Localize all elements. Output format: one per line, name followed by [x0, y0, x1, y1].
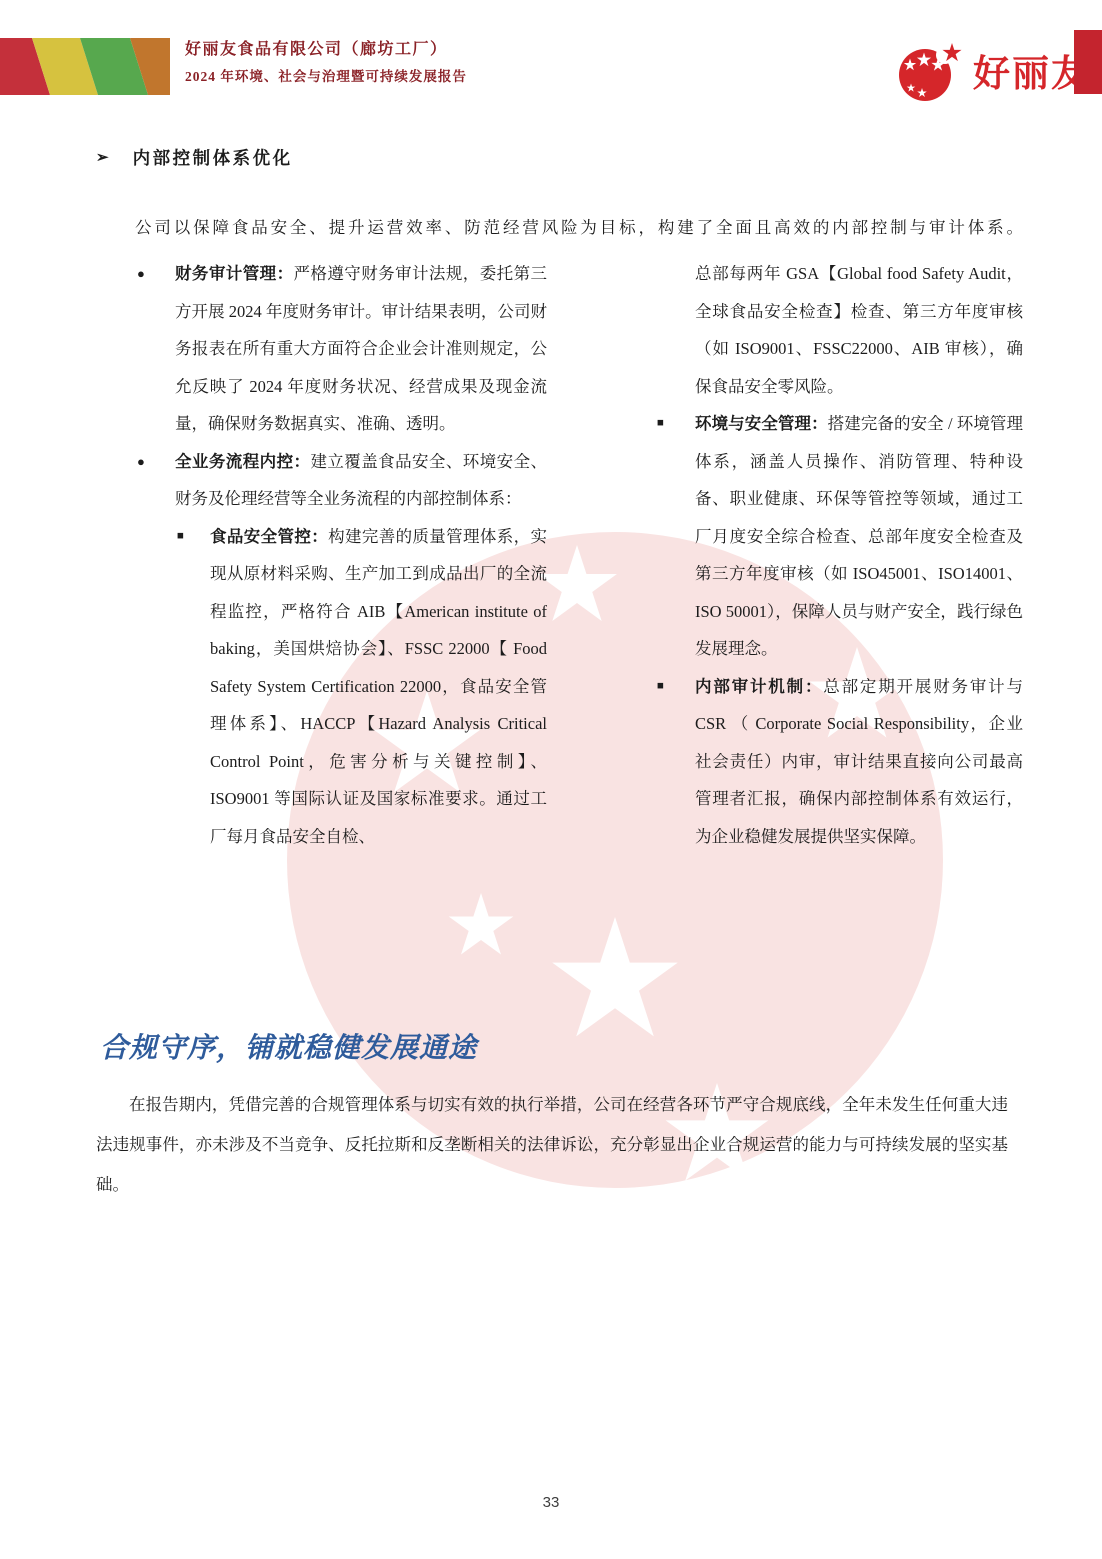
- right-column: 总部每两年 GSA【Global food Safety Audit，全球食品安…: [655, 255, 1023, 855]
- square-bullet-icon: ■: [657, 405, 664, 443]
- section1-title: 内部控制体系优化: [133, 146, 293, 170]
- logo-wordmark: 好丽友: [973, 55, 1090, 92]
- list-item: ● 全业务流程内控：建立覆盖食品安全、环境安全、财务及伦理经营等全业务流程的内部…: [135, 443, 547, 518]
- report-header: 好丽友食品有限公司（廊坊工厂） 2024 年环境、社会与治理暨可持续发展报告: [185, 36, 467, 85]
- circle-bullet-icon: ●: [137, 255, 145, 293]
- square-bullet-icon: ■: [177, 518, 184, 556]
- header-color-stripes: [0, 38, 170, 95]
- item-text: 构建完善的质量管理体系，实现从原材料采购、生产加工到成品出厂的全流程监控，严格符…: [210, 527, 547, 846]
- page-edge-bar: [1074, 30, 1102, 94]
- list-item: ● 财务审计管理：严格遵守财务审计法规，委托第三方开展 2024 年度财务审计。…: [135, 255, 547, 443]
- item-label: 环境与安全管理：: [695, 414, 828, 433]
- section2-body: 在报告期内，凭借完善的合规管理体系与切实有效的执行举措，公司在经营各环节严守合规…: [96, 1085, 1008, 1205]
- company-name: 好丽友食品有限公司（廊坊工厂）: [185, 36, 467, 59]
- list-item: ■ 环境与安全管理：搭建完备的安全 / 环境管理体系，涵盖人员操作、消防管理、特…: [655, 405, 1023, 668]
- section2-title: 合规守序，铺就稳健发展通途: [100, 1026, 477, 1066]
- list-item: ■ 食品安全管控：构建完善的质量管理体系，实现从原材料采购、生产加工到成品出厂的…: [135, 518, 547, 856]
- orion-logo: 好丽友: [897, 42, 1090, 104]
- orion-ball-icon: [897, 42, 965, 104]
- section1-intro: 公司以保障食品安全、提升运营效率、防范经营风险为目标，构建了全面且高效的内部控制…: [135, 213, 1023, 243]
- item-label: 财务审计管理：: [175, 264, 294, 283]
- item-label: 食品安全管控：: [210, 527, 328, 546]
- square-bullet-icon: ■: [657, 668, 664, 706]
- item-label: 内部审计机制：: [695, 677, 823, 696]
- left-column: ● 财务审计管理：严格遵守财务审计法规，委托第三方开展 2024 年度财务审计。…: [135, 255, 547, 855]
- arrow-bullet-icon: ➢: [96, 146, 109, 170]
- section1-heading: ➢ 内部控制体系优化: [96, 146, 293, 170]
- list-item: ■ 内部审计机制：总部定期开展财务审计与 CSR （ Corporate Soc…: [655, 668, 1023, 856]
- item-text: 严格遵守财务审计法规，委托第三方开展 2024 年度财务审计。审计结果表明，公司…: [175, 264, 547, 433]
- item-text: 搭建完备的安全 / 环境管理体系，涵盖人员操作、消防管理、特种设备、职业健康、环…: [695, 414, 1023, 658]
- list-item: 总部每两年 GSA【Global food Safety Audit，全球食品安…: [655, 255, 1023, 405]
- report-page: 好丽友食品有限公司（廊坊工厂） 2024 年环境、社会与治理暨可持续发展报告 好…: [0, 0, 1102, 1559]
- item-text: 总部每两年 GSA【Global food Safety Audit，全球食品安…: [695, 264, 1023, 396]
- report-title: 2024 年环境、社会与治理暨可持续发展报告: [185, 65, 467, 85]
- item-text: 总部定期开展财务审计与 CSR （ Corporate Social Respo…: [695, 677, 1023, 846]
- item-label: 全业务流程内控：: [175, 452, 310, 471]
- page-number: 33: [0, 1494, 1102, 1511]
- circle-bullet-icon: ●: [137, 443, 145, 481]
